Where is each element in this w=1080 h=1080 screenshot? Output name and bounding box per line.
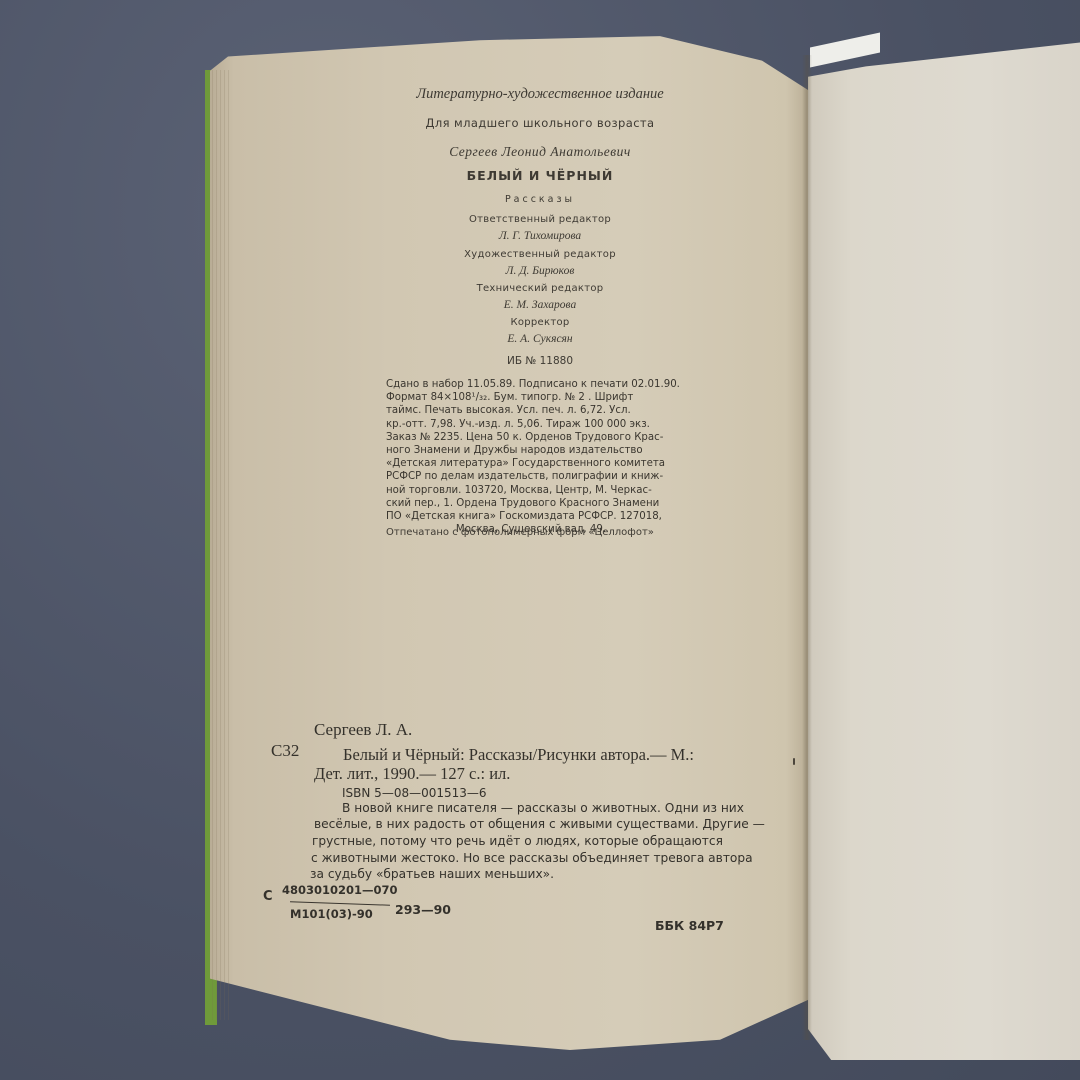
catalog-publication-line: Дет. лит., 1990.— 127 с.: ил. — [314, 764, 510, 784]
imprint-line: Заказ № 2235. Цена 50 к. Орденов Трудово… — [386, 431, 676, 444]
credit-name: Л. Г. Тихомирова — [330, 230, 750, 242]
author-full-name: Сергеев Леонид Анатольевич — [330, 144, 750, 160]
annotation-line: за судьбу «братьев наших меньших». — [310, 866, 554, 882]
credit-name: Л. Д. Бирюков — [330, 265, 750, 277]
annotation-line: с животными жестоко. Но все рассказы объ… — [311, 850, 753, 866]
dust-jacket-flap — [810, 33, 880, 68]
ink-mark — [793, 758, 795, 765]
credit-role: Корректор — [330, 317, 750, 328]
book-spine-gutter — [802, 55, 812, 1040]
index-suffix: 293—90 — [395, 902, 451, 917]
imprint-line: ский пер., 1. Ордена Трудового Красного … — [386, 497, 676, 510]
annotation-line: В новой книге писателя — рассказы о живо… — [342, 800, 744, 816]
bbk-code: ББК 84Р7 — [655, 918, 724, 933]
imprint-line: Сдано в набор 11.05.89. Подписано к печа… — [386, 378, 676, 391]
catalog-title-line: Белый и Чёрный: Рассказы/Рисунки автора.… — [343, 745, 694, 765]
imprint-line: Формат 84×108¹/₃₂. Бум. типогр. № 2 . Шр… — [386, 391, 676, 404]
edition-type: Литературно-художественное издание — [330, 86, 750, 103]
imprint-line: таймс. Печать высокая. Усл. печ. л. 6,72… — [386, 404, 676, 417]
book-title: БЕЛЫЙ И ЧЁРНЫЙ — [330, 168, 750, 183]
credit-role: Художественный редактор — [330, 249, 750, 260]
printed-from-note: Отпечатано с фотополимерных форм «Целлоф… — [386, 527, 654, 538]
ib-number: ИБ № 11880 — [330, 355, 750, 367]
credit-name: Е. А. Сукясян — [330, 333, 750, 345]
isbn: ISBN 5—08—001513—6 — [342, 786, 487, 800]
imprint-line: ного Знамени и Дружбы народов издательст… — [386, 444, 676, 457]
annotation-line: грустные, потому что речь идёт о людях, … — [312, 833, 723, 849]
imprint-line: ной торговли. 103720, Москва, Центр, М. … — [386, 484, 676, 497]
index-prefix: С — [263, 889, 273, 904]
credit-name: Е. М. Захарова — [330, 299, 750, 311]
imprint-line: кр.-отт. 7,98. Уч.-изд. л. 5,06. Тираж 1… — [386, 418, 676, 431]
index-denominator: М101(03)-90 — [290, 907, 373, 921]
genre: Рассказы — [330, 194, 750, 205]
imprint-details: Сдано в набор 11.05.89. Подписано к печа… — [386, 378, 676, 536]
credit-role: Технический редактор — [330, 283, 750, 294]
left-page — [210, 30, 810, 1050]
annotation-line: весёлые, в них радость от общения с живы… — [314, 816, 765, 832]
audience: Для младшего школьного возраста — [330, 116, 750, 130]
catalog-author: Сергеев Л. А. — [314, 720, 412, 740]
imprint-line: РСФСР по делам издательств, полиграфии и… — [386, 470, 676, 483]
credit-role: Ответственный редактор — [330, 214, 750, 225]
right-page-blank — [808, 25, 1080, 1060]
page-stack-edge — [212, 70, 230, 1020]
index-numerator: 4803010201—070 — [282, 883, 398, 897]
imprint-line: «Детская литература» Государственного ко… — [386, 457, 676, 470]
imprint-line: ПО «Детская книга» Госкомиздата РСФСР. 1… — [386, 510, 676, 523]
call-number: С32 — [271, 741, 299, 761]
